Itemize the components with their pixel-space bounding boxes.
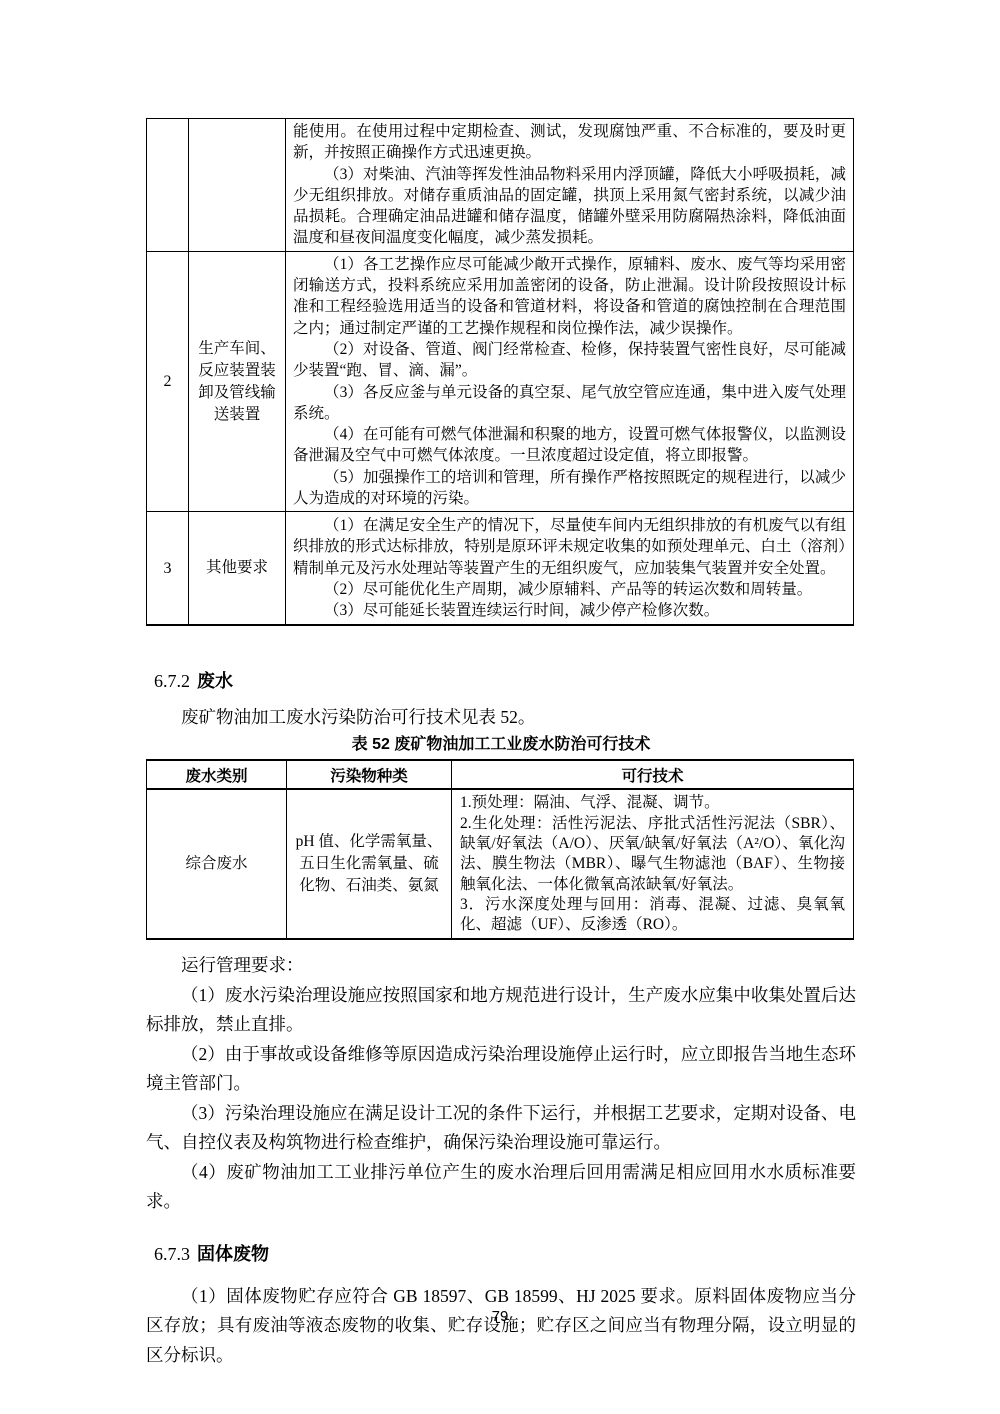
pollution-control-measures-table: 能使用。在使用过程中定期检查、测试，发现腐蚀严重、不合标准的，要及时更新，并按照… xyxy=(146,118,854,626)
measure-paragraph: （1）各工艺操作应尽可能减少敞开式操作，原辅料、废水、废气等均采用密闭输送方式，… xyxy=(293,254,846,339)
management-requirements: 运行管理要求： （1）废水污染治理设施应按照国家和地方规范进行设计，生产废水应集… xyxy=(146,951,856,1217)
technology-item: 1.预处理：隔油、气浮、混凝、调节。 xyxy=(460,793,845,813)
row-measures-cell: 能使用。在使用过程中定期检查、测试，发现腐蚀严重、不合标准的，要及时更新，并按照… xyxy=(286,119,854,252)
measure-paragraph: （2）对设备、管道、阀门经常检查、检修，保持装置气密性良好，尽可能减少装置“跑、… xyxy=(293,339,846,382)
row-measures-cell: （1）各工艺操作应尽可能减少敞开式操作，原辅料、废水、废气等均采用密闭输送方式，… xyxy=(286,251,854,512)
row-number-cell: 3 xyxy=(147,512,189,626)
page-content: 能使用。在使用过程中定期检查、测试，发现腐蚀严重、不合标准的，要及时更新，并按照… xyxy=(146,118,856,1370)
wastewater-category-cell: 综合废水 xyxy=(147,789,287,939)
section-number: 6.7.3 xyxy=(154,1244,190,1264)
row-number-cell xyxy=(147,119,189,252)
management-item: （1）废水污染治理设施应按照国家和地方规范进行设计，生产废水应集中收集处置后达标… xyxy=(146,981,856,1040)
solid-waste-paragraph: （1）固体废物贮存应符合 GB 18597、GB 18599、HJ 2025 要… xyxy=(146,1282,856,1371)
section-title: 废水 xyxy=(197,671,233,691)
measure-paragraph: （1）在满足安全生产的情况下，尽量使车间内无组织排放的有机废气以有组织排放的形式… xyxy=(293,515,846,579)
measure-paragraph: 能使用。在使用过程中定期检查、测试，发现腐蚀严重、不合标准的，要及时更新，并按照… xyxy=(293,121,846,164)
table-row: 能使用。在使用过程中定期检查、测试，发现腐蚀严重、不合标准的，要及时更新，并按照… xyxy=(147,119,854,252)
section-title: 固体废物 xyxy=(197,1244,269,1264)
technology-item: 2.生化处理：活性污泥法、序批式活性污泥法（SBR）、缺氧/好氧法（A/O）、厌… xyxy=(460,814,845,895)
wastewater-intro-paragraph: 废矿物油加工废水污染防治可行技术见表 52。 xyxy=(146,705,856,730)
measure-paragraph: （3）各反应釜与单元设备的真空泵、尾气放空管应连通，集中进入废气处理系统。 xyxy=(293,382,846,425)
section-heading-wastewater: 6.7.2废水 xyxy=(154,670,856,692)
management-item: （4）废矿物油加工工业排污单位产生的废水治理后回用需满足相应回用水水质标准要求。 xyxy=(146,1158,856,1217)
document-page: 能使用。在使用过程中定期检查、测试，发现腐蚀严重、不合标准的，要及时更新，并按照… xyxy=(0,0,1000,1414)
table-row: 3 其他要求 （1）在满足安全生产的情况下，尽量使车间内无组织排放的有机废气以有… xyxy=(147,512,854,626)
header-pollutant-types: 污染物种类 xyxy=(287,760,452,789)
table-header-row: 废水类别 污染物种类 可行技术 xyxy=(147,760,854,789)
table52-caption: 表 52 废矿物油加工工业废水防治可行技术 xyxy=(146,734,856,756)
management-item: （2）由于事故或设备维修等原因造成污染治理设施停止运行时，应立即报告当地生态环境… xyxy=(146,1040,856,1099)
measure-paragraph: （5）加强操作工的培训和管理，所有操作严格按照既定的规程进行，以减少人为造成的对… xyxy=(293,467,846,510)
row-category-cell xyxy=(189,119,286,252)
table-row: 综合废水 pH 值、化学需氧量、五日生化需氧量、硫化物、石油类、氨氮 1.预处理… xyxy=(147,789,854,939)
row-number-cell: 2 xyxy=(147,251,189,512)
measure-paragraph: （3）对柴油、汽油等挥发性油品物料采用内浮顶罐，降低大小呼吸损耗，减少无组织排放… xyxy=(293,164,846,249)
measure-paragraph: （3）尽可能延长装置连续运行时间，减少停产检修次数。 xyxy=(293,600,846,621)
technology-item: 3．污水深度处理与回用：消毒、混凝、过滤、臭氧氧化、超滤（UF）、反渗透（RO）… xyxy=(460,895,845,936)
management-item: （3）污染治理设施应在满足设计工况的条件下运行，并根据工艺要求，定期对设备、电气… xyxy=(146,1099,856,1158)
table-row: 2 生产车间、反应装置装卸及管线输送装置 （1）各工艺操作应尽可能减少敞开式操作… xyxy=(147,251,854,512)
section-heading-solid-waste: 6.7.3固体废物 xyxy=(154,1243,856,1265)
row-category-cell: 生产车间、反应装置装卸及管线输送装置 xyxy=(189,251,286,512)
header-feasible-technology: 可行技术 xyxy=(452,760,854,789)
wastewater-technology-table: 废水类别 污染物种类 可行技术 综合废水 pH 值、化学需氧量、五日生化需氧量、… xyxy=(146,759,854,940)
section-number: 6.7.2 xyxy=(154,671,190,691)
row-measures-cell: （1）在满足安全生产的情况下，尽量使车间内无组织排放的有机废气以有组织排放的形式… xyxy=(286,512,854,626)
header-wastewater-category: 废水类别 xyxy=(147,760,287,789)
row-category-cell: 其他要求 xyxy=(189,512,286,626)
page-number: 79 xyxy=(0,1308,1000,1325)
measure-paragraph: （4）在可能有可燃气体泄漏和积聚的地方，设置可燃气体报警仪，以监测设备泄漏及空气… xyxy=(293,424,846,467)
pollutant-types-cell: pH 值、化学需氧量、五日生化需氧量、硫化物、石油类、氨氮 xyxy=(287,789,452,939)
measure-paragraph: （2）尽可能优化生产周期，减少原辅料、产品等的转运次数和周转量。 xyxy=(293,579,846,600)
feasible-technology-cell: 1.预处理：隔油、气浮、混凝、调节。 2.生化处理：活性污泥法、序批式活性污泥法… xyxy=(452,789,854,939)
management-requirements-title: 运行管理要求： xyxy=(146,951,856,981)
